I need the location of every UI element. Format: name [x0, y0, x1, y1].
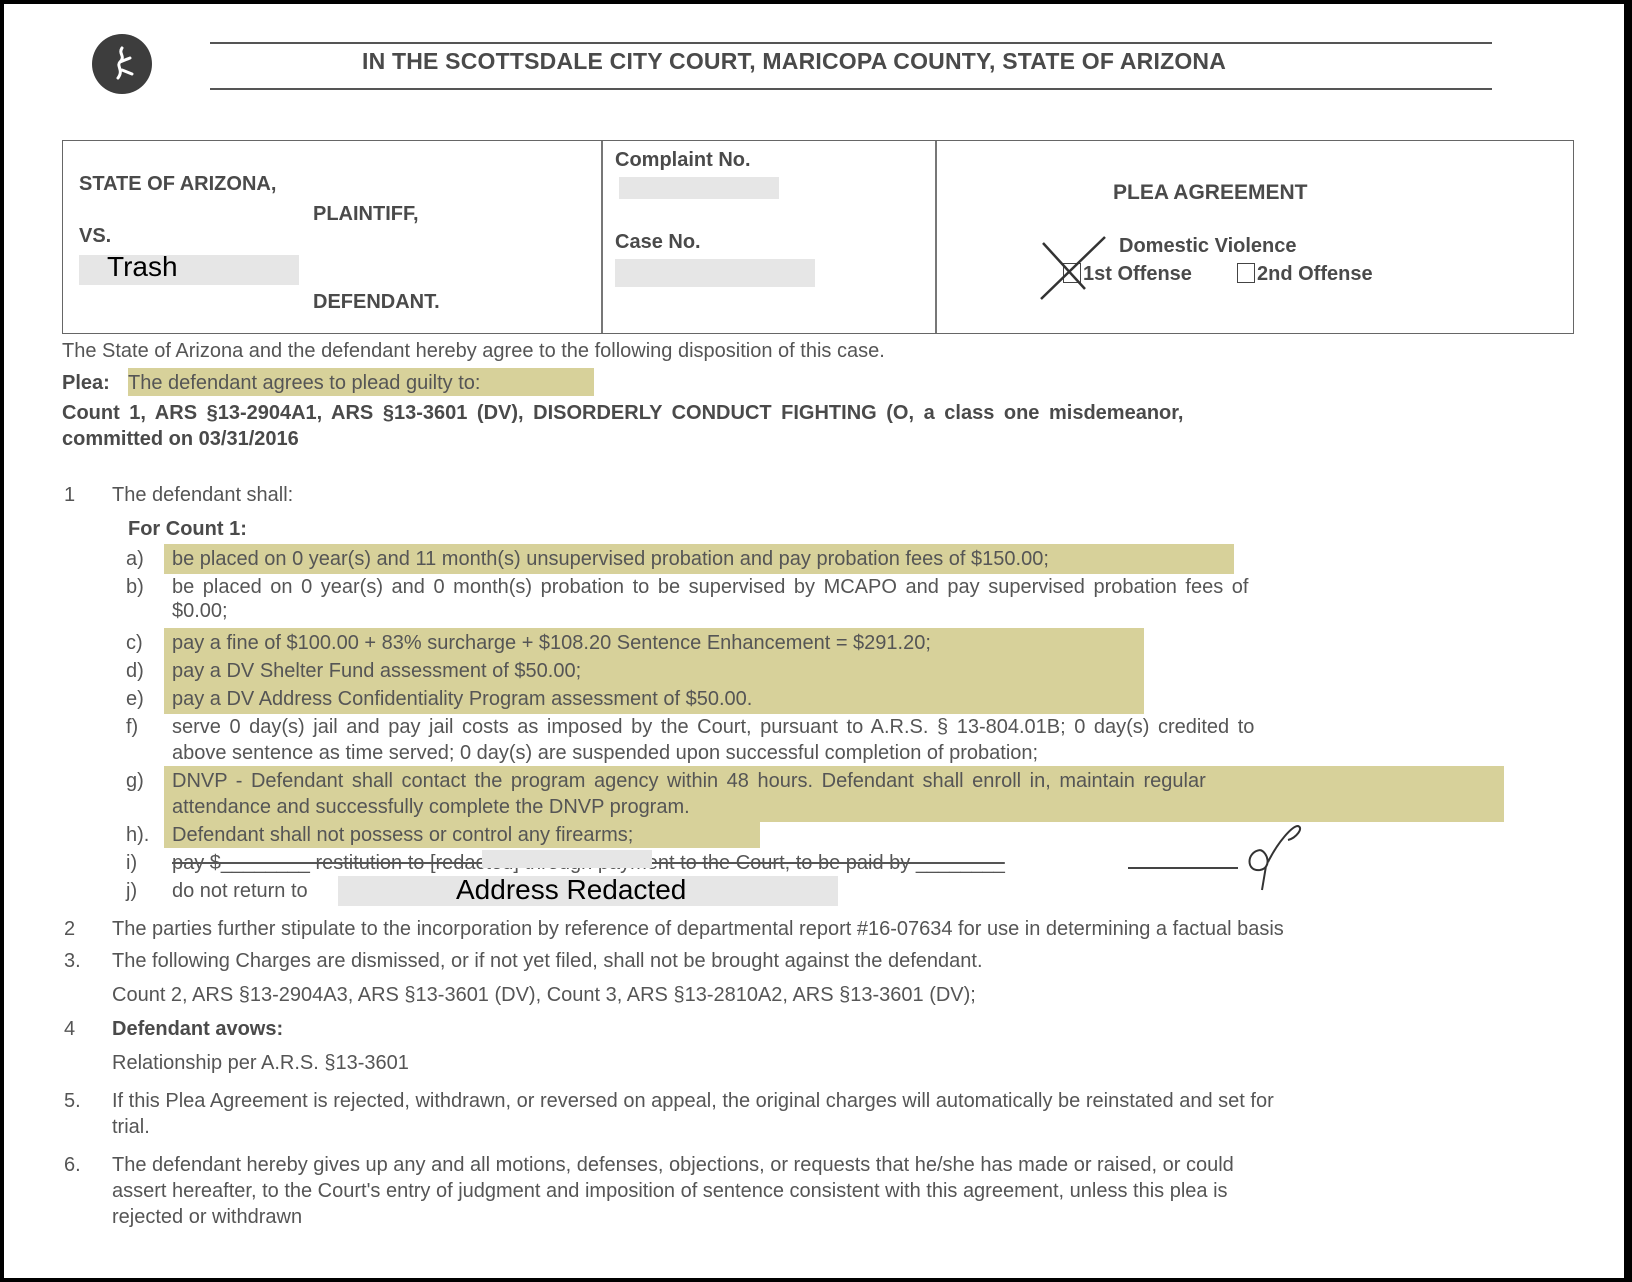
vs-label: VS.: [79, 225, 111, 248]
court-title: IN THE SCOTTSDALE CITY COURT, MARICOPA C…: [362, 48, 1226, 75]
term-letter: g): [126, 770, 144, 793]
initials-signature-icon: [1128, 822, 1328, 892]
term-item-text: above sentence as time served; 0 day(s) …: [172, 742, 1038, 765]
plaintiff-name: STATE OF ARIZONA,: [79, 173, 276, 196]
clause-text: assert hereafter, to the Court's entry o…: [112, 1180, 1228, 1203]
term-item-text: pay a DV Address Confidentiality Program…: [172, 688, 752, 711]
plea-label: Plea:: [62, 372, 110, 395]
term-item-text: pay a fine of $100.00 + 83% surcharge + …: [172, 632, 931, 655]
second-offense-option[interactable]: 2nd Offense: [1237, 263, 1373, 286]
term-letter: h).: [126, 824, 149, 847]
complaint-number-redaction: [619, 177, 779, 199]
clause-text: The following Charges are dismissed, or …: [112, 950, 983, 973]
term-item-text: be placed on 0 year(s) and 0 month(s) pr…: [172, 576, 1248, 599]
count-1-date: committed on 03/31/2016: [62, 428, 299, 451]
term-letter: b): [126, 576, 144, 599]
term-letter: j): [126, 880, 137, 903]
clause-number: 5.: [64, 1090, 81, 1113]
term-letter: i): [126, 852, 137, 875]
document-title: PLEA AGREEMENT: [1113, 181, 1307, 205]
case-caption-box: STATE OF ARIZONA, PLAINTIFF, VS. Trash D…: [62, 140, 1574, 334]
clause-text: trial.: [112, 1116, 150, 1139]
address-redacted-label: Address Redacted: [456, 874, 686, 906]
count-1-charge: Count 1, ARS §13-2904A1, ARS §13-3601 (D…: [62, 402, 1184, 425]
complaint-number-label: Complaint No.: [615, 149, 751, 172]
term-item-text: be placed on 0 year(s) and 11 month(s) u…: [172, 548, 1049, 571]
clause-number: 3.: [64, 950, 81, 973]
defendant-label: DEFENDANT.: [313, 291, 440, 314]
clause-text: rejected or withdrawn: [112, 1206, 302, 1229]
address-redaction: Address Redacted: [338, 876, 838, 906]
term-item-text: Defendant shall not possess or control a…: [172, 824, 633, 847]
term-letter: f): [126, 716, 138, 739]
clause-text: Relationship per A.R.S. §13-3601: [112, 1052, 409, 1075]
term-item-text: pay a DV Shelter Fund assessment of $50.…: [172, 660, 581, 683]
clause-text: Count 2, ARS §13-2904A3, ARS §13-3601 (D…: [112, 984, 976, 1007]
term-letter: c): [126, 632, 143, 655]
intro-text: The State of Arizona and the defendant h…: [62, 340, 885, 363]
for-count-heading: For Count 1:: [128, 518, 247, 541]
terms-lead: The defendant shall:: [112, 484, 293, 507]
case-number-redaction: [615, 259, 815, 287]
dv-label: Domestic Violence: [1119, 235, 1296, 258]
second-offense-checkbox[interactable]: [1237, 263, 1255, 283]
clause-text: The defendant hereby gives up any and al…: [112, 1154, 1234, 1177]
checkmark-x-icon: [1039, 235, 1119, 301]
defendant-name-redaction: Trash: [79, 255, 299, 285]
term-item-text: $0.00;: [172, 600, 228, 623]
clause-number: 1: [64, 484, 75, 507]
clause-number: 2: [64, 918, 75, 941]
clause-text: The parties further stipulate to the inc…: [112, 918, 1284, 941]
court-seal-icon: [92, 34, 152, 94]
plaintiff-label: PLAINTIFF,: [313, 203, 419, 226]
restitution-redaction: [482, 850, 652, 868]
term-letter: d): [126, 660, 144, 683]
plea-agreement-page: IN THE SCOTTSDALE CITY COURT, MARICOPA C…: [4, 4, 1624, 1278]
case-number-label: Case No.: [615, 231, 701, 254]
clause-number: 6.: [64, 1154, 81, 1177]
term-item-text: do not return to: [172, 880, 308, 903]
term-item-text: attendance and successfully complete the…: [172, 796, 690, 819]
clause-text: If this Plea Agreement is rejected, with…: [112, 1090, 1274, 1113]
term-item-text: serve 0 day(s) jail and pay jail costs a…: [172, 716, 1254, 739]
defendant-name: Trash: [107, 251, 178, 283]
plea-text: The defendant agrees to plead guilty to:: [128, 372, 480, 395]
clause-text: Defendant avows:: [112, 1018, 283, 1041]
term-item-text: DNVP - Defendant shall contact the progr…: [172, 770, 1206, 793]
clause-number: 4: [64, 1018, 75, 1041]
term-letter: e): [126, 688, 144, 711]
term-letter: a): [126, 548, 144, 571]
